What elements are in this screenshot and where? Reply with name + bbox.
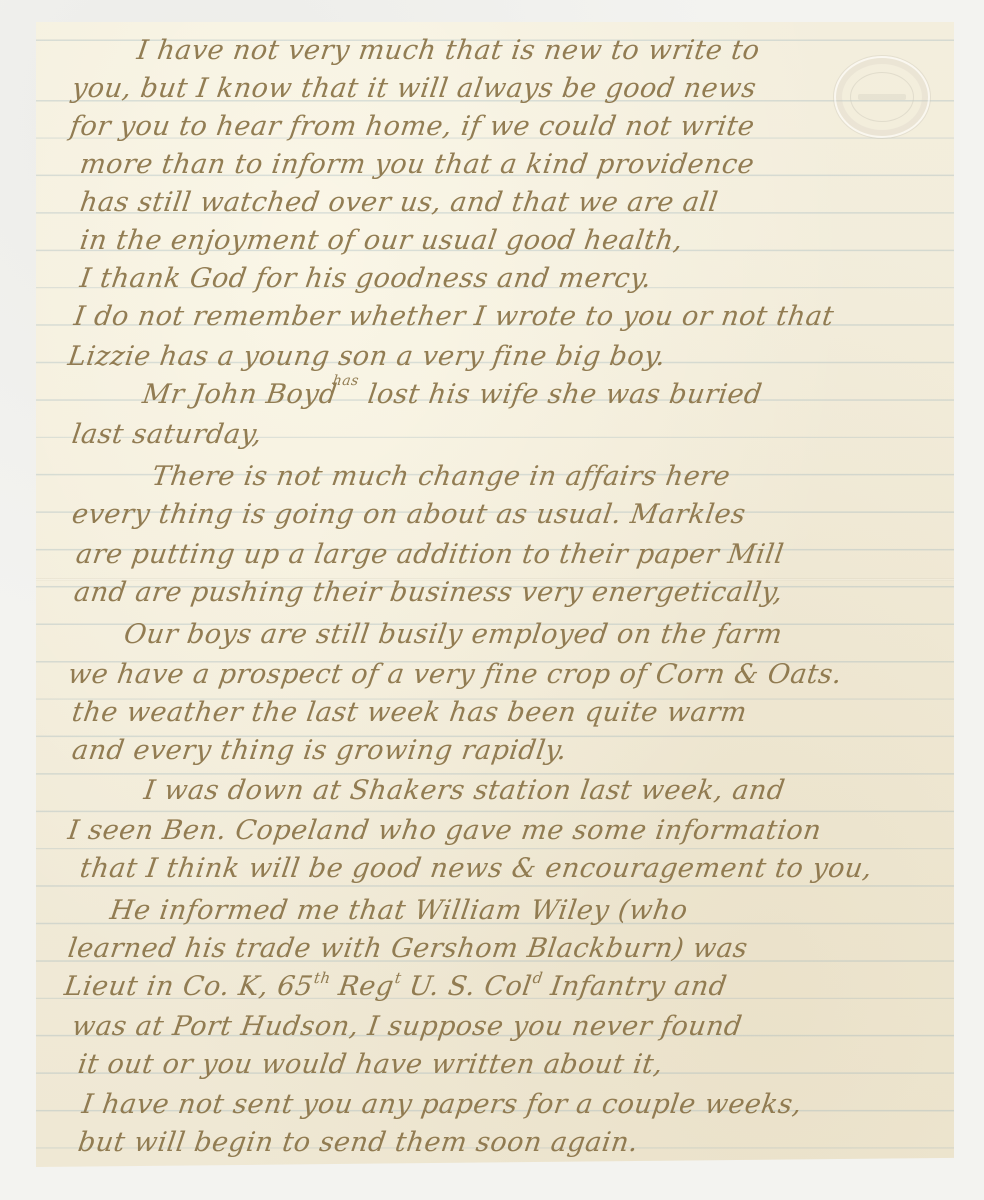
letter-line-14: are putting up a large addition to their…: [74, 540, 786, 570]
letter-line-24: learned his trade with Gershom Blackburn…: [66, 934, 750, 964]
letter-line-6: in the enjoyment of our usual good healt…: [78, 226, 685, 256]
letter-line-22: that I think will be good news & encoura…: [78, 854, 874, 884]
letter-line-25-part-c: U. S. Col: [398, 971, 534, 1002]
letter-line-16: Our boys are still busily employed on th…: [122, 620, 784, 650]
letter-line-25-part-d: Infantry and: [540, 971, 729, 1002]
letter-line-1: I have not very much that is new to writ…: [135, 36, 762, 66]
letter-line-7: I thank God for his goodness and mercy.: [78, 264, 653, 294]
letter-line-29: but will begin to send them soon again.: [76, 1128, 640, 1158]
letter-line-10-end: lost his wife she was buried: [357, 379, 764, 410]
letter-line-17: we have a prospect of a very fine crop o…: [66, 660, 844, 690]
letter-line-25-part-a: Lieut in Co. K, 65: [62, 971, 315, 1002]
letter-line-19: and every thing is growing rapidly.: [70, 736, 569, 766]
letter-line-8: I do not remember whether I wrote to you…: [72, 302, 836, 332]
letter-line-12: There is not much change in affairs here: [150, 462, 732, 492]
letter-line-27: it out or you would have written about i…: [76, 1050, 665, 1080]
letter-line-3: for you to hear from home, if we could n…: [68, 112, 757, 142]
handwritten-text-body: I have not very much that is new to writ…: [0, 0, 984, 1200]
letter-line-18: the weather the last week has been quite…: [70, 698, 749, 728]
letter-line-20: I was down at Shakers station last week,…: [142, 776, 787, 806]
letter-line-4: more than to inform you that a kind prov…: [78, 150, 756, 180]
letter-line-15: and are pushing their business very ener…: [72, 578, 785, 608]
letter-line-25-part-b: Reg: [327, 971, 396, 1002]
letter-line-2: you, but I know that it will always be g…: [70, 74, 758, 104]
letter-line-21: I seen Ben. Copeland who gave me some in…: [66, 816, 823, 846]
letter-line-13: every thing is going on about as usual. …: [70, 500, 748, 530]
letter-line-11: last saturday,: [70, 420, 264, 450]
letter-line-5: has still watched over us, and that we a…: [78, 188, 720, 218]
letter-line-25: Lieut in Co. K, 65th Regt U. S. Cold Inf…: [62, 972, 729, 1005]
letter-line-23: He informed me that William Wiley (who: [108, 896, 690, 926]
inserted-word-caret: has: [332, 373, 360, 389]
superscript-th: th: [313, 969, 332, 987]
letter-line-28: I have not sent you any papers for a cou…: [80, 1090, 804, 1120]
letter-line-9: Lizzie has a young son a very fine big b…: [66, 342, 668, 372]
letter-line-10: Mr John Boydhas lost his wife she was bu…: [140, 380, 764, 414]
letter-line-10-start: Mr John Boyd: [141, 379, 340, 410]
letter-line-26: was at Port Hudson, I suppose you never …: [70, 1012, 744, 1042]
